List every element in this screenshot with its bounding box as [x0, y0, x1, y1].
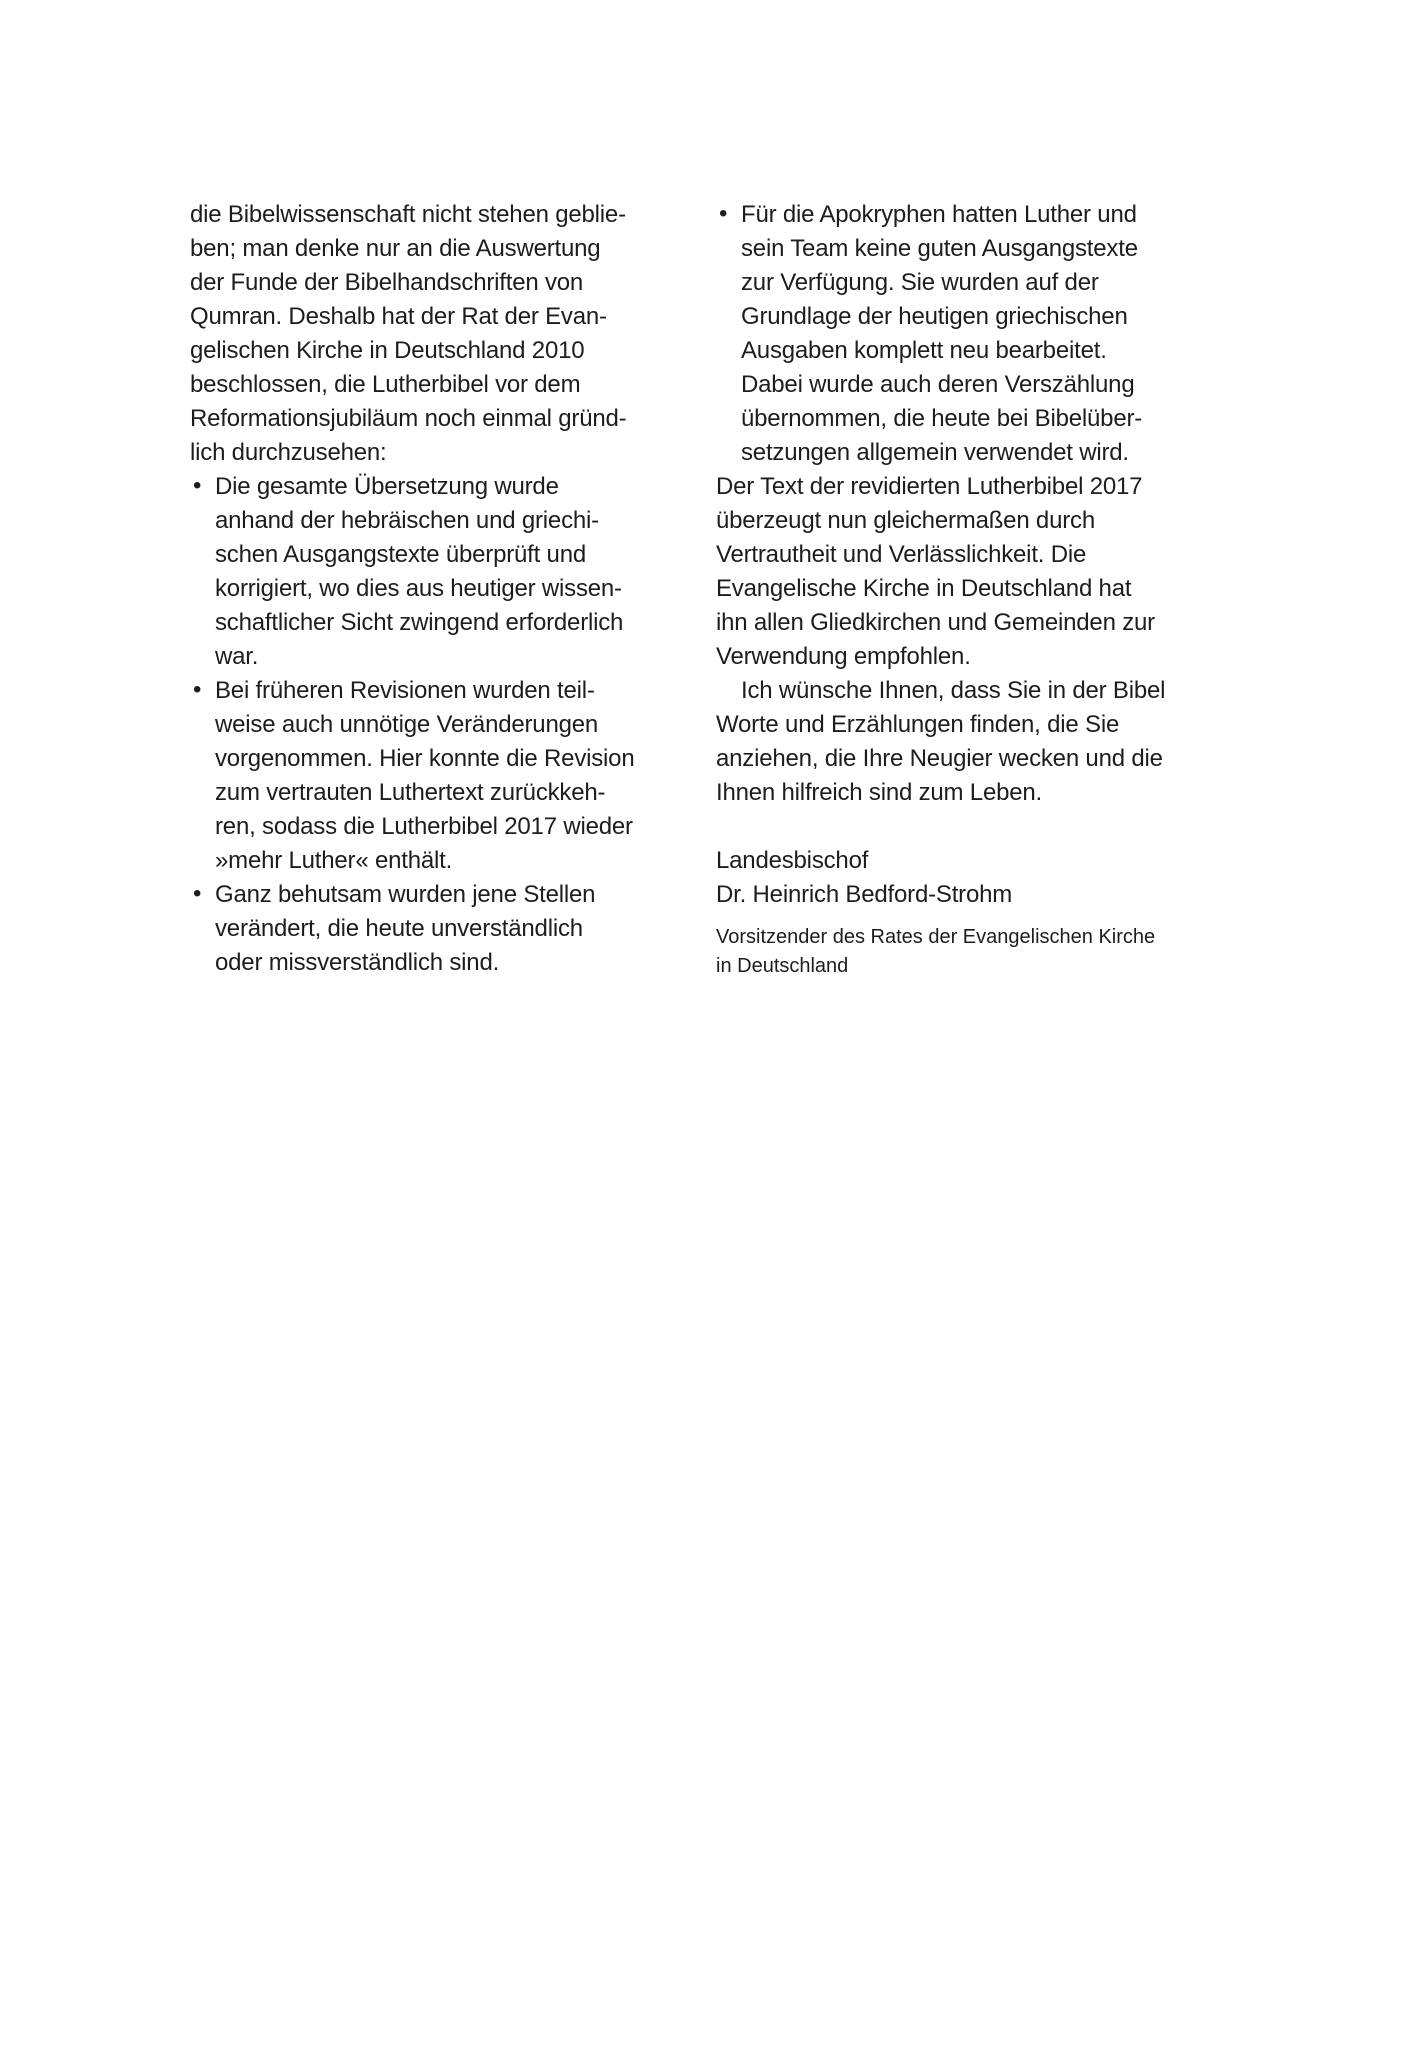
list-item-text: Ganz behutsam wurden jene Stellen veränd… — [215, 881, 595, 976]
bullet-icon: • — [193, 877, 201, 911]
bullet-icon: • — [193, 469, 201, 503]
list-item: • Bei früheren Revisionen wurden teil- w… — [190, 674, 678, 878]
left-column: die Bibelwissenschaft nicht stehen gebli… — [190, 198, 678, 981]
list-item-text: Die gesamte Übersetzung wurde anhand der… — [215, 473, 623, 670]
text-block: die Bibelwissenschaft nicht stehen gebli… — [190, 198, 1204, 981]
list-item-text: Für die Apokryphen hatten Luther und sei… — [741, 201, 1142, 466]
list-item: • Die gesamte Übersetzung wurde anhand d… — [190, 470, 678, 674]
bullet-icon: • — [719, 197, 727, 231]
signature-role: Vorsitzender des Rates der Evangelischen… — [716, 923, 1204, 981]
closing-paragraph: Der Text der revidierten Lutherbibel 201… — [716, 470, 1204, 674]
bullet-icon: • — [193, 673, 201, 707]
right-column: • Für die Apokryphen hatten Luther und s… — [716, 198, 1204, 981]
wish-paragraph: Ich wünsche Ihnen, dass Sie in der Bibel… — [716, 674, 1204, 810]
intro-paragraph: die Bibelwissenschaft nicht stehen gebli… — [190, 198, 678, 470]
list-item-text: Bei früheren Revisionen wurden teil- wei… — [215, 677, 634, 874]
list-item: • Für die Apokryphen hatten Luther und s… — [716, 198, 1204, 470]
signature-name: Landesbischof Dr. Heinrich Bedford-Stroh… — [716, 844, 1204, 912]
book-page: die Bibelwissenschaft nicht stehen gebli… — [0, 0, 1404, 2050]
list-item: • Ganz behutsam wurden jene Stellen verä… — [190, 878, 678, 980]
